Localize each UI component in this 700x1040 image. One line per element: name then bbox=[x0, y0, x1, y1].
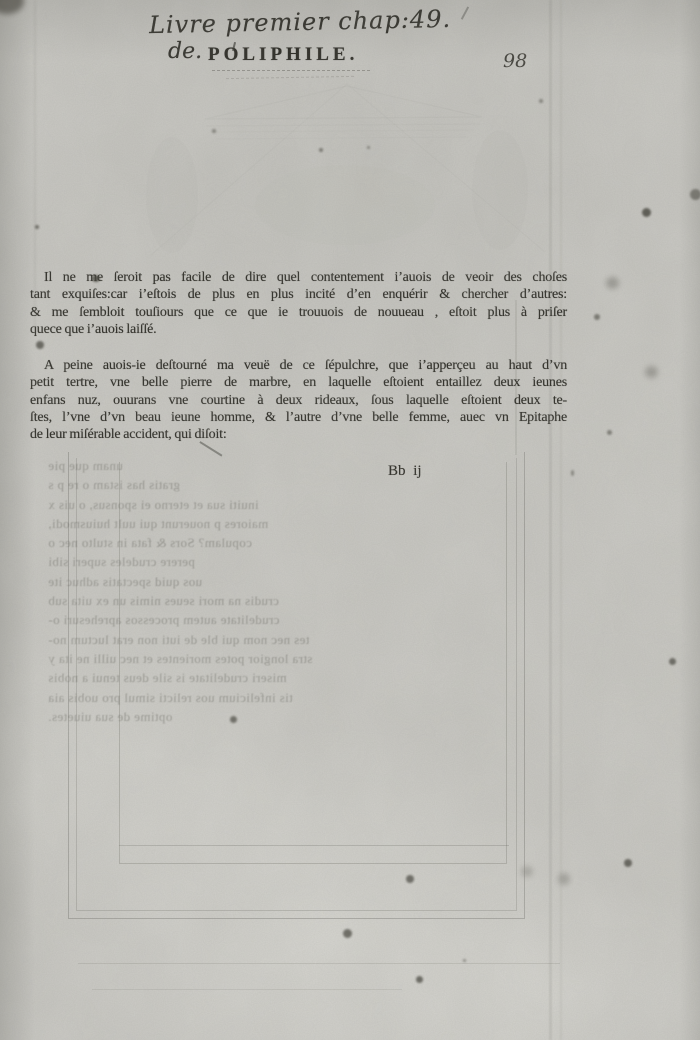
text-line: quece que i’auois laiſſé. bbox=[30, 321, 567, 338]
foxing-smudge bbox=[645, 366, 658, 378]
text-line: enfans nuz, ouurans vne courtine à deux … bbox=[30, 392, 567, 409]
showthrough-line: maiores p nouerunt qui uult huiusmodi, bbox=[48, 514, 464, 533]
foxing-spot bbox=[406, 875, 414, 883]
scanned-book-page: unam que pie gratis has istam o re p s i… bbox=[0, 0, 700, 1040]
foxing-spot bbox=[230, 716, 237, 723]
showthrough-line: stra longior potes morientes et nec uill… bbox=[48, 649, 464, 668]
printed-running-title: POLIPHILE. bbox=[208, 44, 358, 66]
showthrough-line: crudelitate autem processos aprehesuri o… bbox=[48, 610, 464, 629]
showthrough-text-block: unam que pie gratis has istam o re p s i… bbox=[48, 456, 464, 726]
text-line: petit tertre, vne belle pierre de marbre… bbox=[30, 374, 567, 391]
foxing-smudge bbox=[606, 277, 619, 289]
showthrough-line: perere crudeles superi sibi bbox=[48, 552, 464, 571]
showthrough-rule bbox=[78, 963, 560, 964]
title-underline-rule-2 bbox=[226, 76, 354, 79]
foxing-spot bbox=[36, 341, 44, 349]
foxing-spot bbox=[319, 148, 323, 152]
showthrough-rule bbox=[92, 989, 402, 990]
showthrough-line: miseri crudelitate is sile deus tenui a … bbox=[48, 668, 464, 687]
showthrough-line: uos quid spectatis adhuc ite bbox=[48, 572, 464, 591]
text-line: ſtes, l’vne d’vn beau ieune homme, & l’a… bbox=[30, 409, 567, 426]
foxing-spot bbox=[624, 859, 632, 867]
showthrough-rule bbox=[119, 845, 509, 846]
signature-mark: Bb ij bbox=[388, 463, 422, 480]
text-line: de leur miſérable accident, qui diſoit: bbox=[30, 426, 567, 443]
handwritten-chapter-annotation: Livre premier chap:49. bbox=[149, 5, 452, 39]
foxing-spot bbox=[367, 146, 370, 149]
foxing-spot bbox=[669, 658, 676, 665]
title-underline-rule bbox=[212, 70, 370, 71]
corner-stain bbox=[0, 0, 24, 14]
showthrough-line: tes nec nom qui ble de iuti non erat luc… bbox=[48, 630, 464, 649]
foxing-smudge bbox=[558, 873, 570, 885]
showthrough-line: crudis na mori seues nimis un ex uita su… bbox=[48, 591, 464, 610]
ink-flourish-mark bbox=[461, 6, 469, 19]
text-line: tant exquiſes:car i’eſtois de plus en pl… bbox=[30, 286, 567, 303]
showthrough-line: tis infelicium uos relicti simul pro uob… bbox=[48, 688, 464, 707]
showthrough-line: copulam? Sors & fata in stulto nec o bbox=[48, 533, 464, 552]
showthrough-line: optime de sua uiuetes. bbox=[48, 707, 464, 726]
foxing-spot bbox=[463, 959, 466, 962]
paragraph-2: A peine auois-ie deſtourné ma veuë de ce… bbox=[30, 357, 567, 443]
foxing-spot bbox=[343, 929, 352, 938]
text-line: A peine auois-ie deſtourné ma veuë de ce… bbox=[30, 357, 567, 374]
foxing-spot bbox=[642, 208, 651, 217]
foxing-smudge bbox=[521, 866, 533, 877]
handwritten-de-annotation: de. bbox=[168, 39, 202, 64]
foxing-spot bbox=[571, 470, 574, 476]
page-number: 98 bbox=[503, 50, 527, 72]
foxing-spot bbox=[690, 189, 700, 200]
paragraph-1: Il ne me ſeroit pas facile de dire quel … bbox=[30, 269, 567, 338]
foxing-spot bbox=[594, 314, 600, 320]
foxing-spot bbox=[539, 99, 543, 103]
paper-fold-right bbox=[549, 0, 552, 1040]
showthrough-line: inuiti sua et eterno ei sponsus, o uis x bbox=[48, 495, 464, 514]
foxing-spot bbox=[416, 976, 423, 983]
foxing-spot bbox=[35, 225, 39, 229]
foxing-spot bbox=[212, 129, 216, 133]
text-line: Il ne me ſeroit pas facile de dire quel … bbox=[30, 269, 567, 286]
text-line: & me ſembloit touſiours que ce que ie tr… bbox=[30, 304, 567, 321]
ink-blot-on-text bbox=[92, 275, 100, 282]
foxing-spot bbox=[607, 430, 612, 435]
